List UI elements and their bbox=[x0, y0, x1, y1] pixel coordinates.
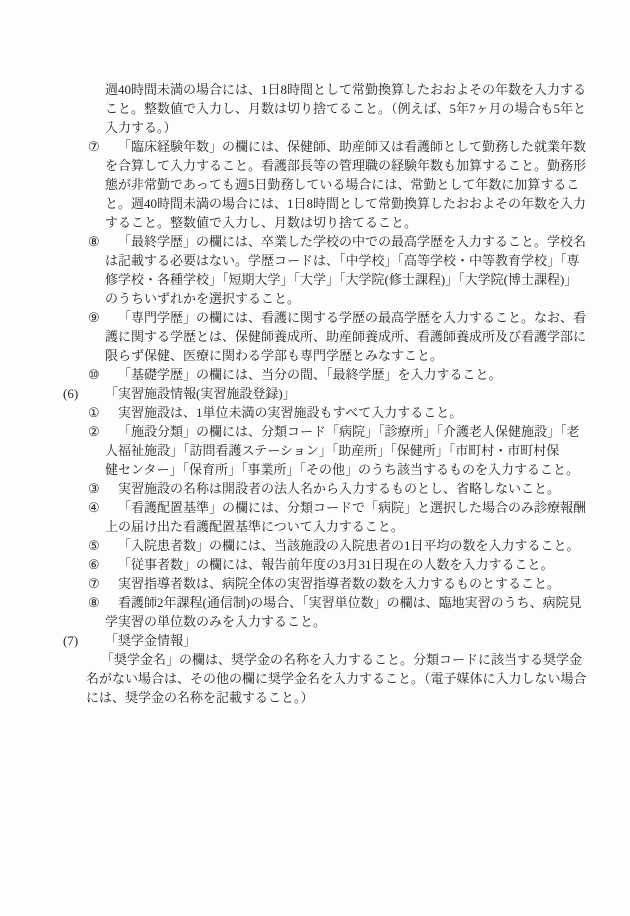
list-item-line: (6)「実習施設情報(実習施設登録)」 bbox=[0, 384, 630, 403]
text-line: のうちいずれかを選択すること。 bbox=[0, 289, 630, 308]
text-line: 修学校・各種学校」「短期大学」「大学」「大学院(修士課程)」「大学院(博士課程)… bbox=[0, 270, 630, 289]
list-item-line: ①実習施設は、1単位未満の実習施設もすべて入力すること。 bbox=[0, 403, 630, 422]
section-number: (6) bbox=[63, 384, 105, 403]
item-number: ⑧ bbox=[88, 593, 118, 612]
item-number: ⑨ bbox=[88, 308, 118, 327]
list-item-line: ③実習施設の名称は開設者の法人名から入力するものとし、省略しないこと。 bbox=[0, 479, 630, 498]
section-number: (7) bbox=[63, 631, 105, 650]
line-text: は記載する必要はない。学歴コードは、「中学校」「高等学校・中等教育学校」「専 bbox=[105, 253, 580, 268]
list-item-line: ⑨「専門学歴」の欄には、看護に関する学歴の最高学歴を入力すること。なお、看 bbox=[0, 308, 630, 327]
list-item-line: ⑧看護師2年課程(通信制)の場合、「実習単位数」の欄は、臨地実習のうち、病院見 bbox=[0, 593, 630, 612]
line-text: と。週40時間未満の場合には、1日8時間として常勤換算したおおよその年数を入力 bbox=[105, 196, 586, 211]
text-line: 健センター」「保育所」「事業所」「その他」のうち該当するものを入力すること。 bbox=[0, 460, 630, 479]
text-line: 限らず保健、医療に関わる学部も専門学歴とみなすこと。 bbox=[0, 346, 630, 365]
line-text: 実習施設は、1単位未満の実習施設もすべて入力すること。 bbox=[118, 405, 462, 420]
text-line: すること。整数値で入力し、月数は切り捨てること。 bbox=[0, 213, 630, 232]
line-text: 健センター」「保育所」「事業所」「その他」のうち該当するものを入力すること。 bbox=[105, 462, 579, 477]
item-number: ⑦ bbox=[88, 574, 118, 593]
line-text: すること。整数値で入力し、月数は切り捨てること。 bbox=[105, 215, 417, 230]
line-text: 「入院患者数」の欄には、当該施設の入院患者の1日平均の数を入力すること。 bbox=[118, 538, 580, 553]
text-line: を合算して入力すること。看護部長等の管理職の経験年数も加算すること。勤務形 bbox=[0, 156, 630, 175]
line-text: 「奨学金情報」 bbox=[105, 633, 196, 648]
line-text: のうちいずれかを選択すること。 bbox=[105, 291, 300, 306]
text-line: 態が非常勤であっても週5日勤務している場合には、常勤として年数に加算するこ bbox=[0, 175, 630, 194]
item-number: ⑩ bbox=[88, 365, 118, 384]
text-line: 学実習の単位数のみを入力すること。 bbox=[0, 612, 630, 631]
line-text: 「従事者数」の欄には、報告前年度の3月31日現在の人数を入力すること。 bbox=[118, 557, 554, 572]
text-line: 名がない場合は、その他の欄に奨学金名を入力すること。（電子媒体に入力しない場合 bbox=[0, 669, 630, 688]
line-text: 修学校・各種学校」「短期大学」「大学」「大学院(修士課程)」「大学院(博士課程)… bbox=[105, 272, 577, 287]
item-number: ① bbox=[88, 403, 118, 422]
line-text: 「最終学歴」の欄には、卒業した学校の中での最高学歴を入力すること。学校名 bbox=[118, 234, 586, 249]
list-item-line: ⑦「臨床経験年数」の欄には、保健師、助産師又は看護師として勤務した就業年数 bbox=[0, 137, 630, 156]
line-text: 上の届け出た看護配置基準について入力すること。 bbox=[105, 519, 404, 534]
line-text: 「実習施設情報(実習施設登録)」 bbox=[105, 386, 296, 401]
line-text: 「奨学金名」の欄は、奨学金の名称を入力すること。分類コードに該当する奨学金 bbox=[101, 652, 582, 667]
line-text: こと。整数値で入力し、月数は切り捨てること。（例えば、5年7ヶ月の場合も5年と bbox=[105, 101, 586, 116]
line-text: 人福祉施設」「訪問看護ステーション」「助産所」「保健所」「市町村・市町村保 bbox=[105, 443, 559, 458]
item-number: ⑦ bbox=[88, 137, 118, 156]
line-text: を合算して入力すること。看護部長等の管理職の経験年数も加算すること。勤務形 bbox=[105, 158, 586, 173]
text-line: には、奨学金の名称を記載すること。） bbox=[0, 688, 630, 707]
text-line: こと。整数値で入力し、月数は切り捨てること。（例えば、5年7ヶ月の場合も5年と bbox=[0, 99, 630, 118]
line-text: 学実習の単位数のみを入力すること。 bbox=[105, 614, 326, 629]
line-text: 実習施設の名称は開設者の法人名から入力するものとし、省略しないこと。 bbox=[118, 481, 560, 496]
item-number: ② bbox=[88, 422, 118, 441]
text-line: は記載する必要はない。学歴コードは、「中学校」「高等学校・中等教育学校」「専 bbox=[0, 251, 630, 270]
line-text: 「臨床経験年数」の欄には、保健師、助産師又は看護師として勤務した就業年数 bbox=[118, 139, 586, 154]
text-line: 「奨学金名」の欄は、奨学金の名称を入力すること。分類コードに該当する奨学金 bbox=[0, 650, 630, 669]
text-line: 護に関する学歴とは、保健師養成所、助産師養成所、看護師養成所及び看護学部に bbox=[0, 327, 630, 346]
line-text: 名がない場合は、その他の欄に奨学金名を入力すること。（電子媒体に入力しない場合 bbox=[86, 671, 587, 686]
item-number: ⑤ bbox=[88, 536, 118, 555]
line-text: 護に関する学歴とは、保健師養成所、助産師養成所、看護師養成所及び看護学部に bbox=[105, 329, 586, 344]
line-text: 週40時間未満の場合には、1日8時間として常勤換算したおおよその年数を入力する bbox=[105, 82, 586, 97]
line-text: には、奨学金の名称を記載すること。） bbox=[86, 690, 314, 705]
line-text: 「専門学歴」の欄には、看護に関する学歴の最高学歴を入力すること。なお、看 bbox=[118, 310, 586, 325]
list-item-line: ⑦実習指導者数は、病院全体の実習指導者数の数を入力するものとすること。 bbox=[0, 574, 630, 593]
text-line: 上の届け出た看護配置基準について入力すること。 bbox=[0, 517, 630, 536]
list-item-line: (7)「奨学金情報」 bbox=[0, 631, 630, 650]
text-line: と。週40時間未満の場合には、1日8時間として常勤換算したおおよその年数を入力 bbox=[0, 194, 630, 213]
line-text: 看護師2年課程(通信制)の場合、「実習単位数」の欄は、臨地実習のうち、病院見 bbox=[118, 595, 582, 610]
line-text: 態が非常勤であっても週5日勤務している場合には、常勤として年数に加算するこ bbox=[105, 177, 579, 192]
document-page: 週40時間未満の場合には、1日8時間として常勤換算したおおよその年数を入力するこ… bbox=[0, 0, 630, 916]
line-text: 入力する。） bbox=[105, 120, 177, 135]
text-line: 人福祉施設」「訪問看護ステーション」「助産所」「保健所」「市町村・市町村保 bbox=[0, 441, 630, 460]
item-number: ④ bbox=[88, 498, 118, 517]
list-item-line: ⑧「最終学歴」の欄には、卒業した学校の中での最高学歴を入力すること。学校名 bbox=[0, 232, 630, 251]
text-line: 入力する。） bbox=[0, 118, 630, 137]
list-item-line: ⑩「基礎学歴」の欄には、当分の間、「最終学歴」を入力すること。 bbox=[0, 365, 630, 384]
item-number: ③ bbox=[88, 479, 118, 498]
line-text: 限らず保健、医療に関わる学部も専門学歴とみなすこと。 bbox=[105, 348, 443, 363]
item-number: ⑥ bbox=[88, 555, 118, 574]
line-text: 実習指導者数は、病院全体の実習指導者数の数を入力するものとすること。 bbox=[118, 576, 560, 591]
list-item-line: ④「看護配置基準」の欄には、分類コードで「病院」と選択した場合のみ診療報酬 bbox=[0, 498, 630, 517]
line-text: 「看護配置基準」の欄には、分類コードで「病院」と選択した場合のみ診療報酬 bbox=[118, 500, 586, 515]
item-number: ⑧ bbox=[88, 232, 118, 251]
list-item-line: ⑤「入院患者数」の欄には、当該施設の入院患者の1日平均の数を入力すること。 bbox=[0, 536, 630, 555]
list-item-line: ②「施設分類」の欄には、分類コード「病院」「診療所」「介護老人保健施設」「老 bbox=[0, 422, 630, 441]
list-item-line: ⑥「従事者数」の欄には、報告前年度の3月31日現在の人数を入力すること。 bbox=[0, 555, 630, 574]
line-text: 「基礎学歴」の欄には、当分の間、「最終学歴」を入力すること。 bbox=[118, 367, 502, 382]
text-line: 週40時間未満の場合には、1日8時間として常勤換算したおおよその年数を入力する bbox=[0, 80, 630, 99]
document-body: 週40時間未満の場合には、1日8時間として常勤換算したおおよその年数を入力するこ… bbox=[0, 80, 630, 707]
line-text: 「施設分類」の欄には、分類コード「病院」「診療所」「介護老人保健施設」「老 bbox=[118, 424, 580, 439]
